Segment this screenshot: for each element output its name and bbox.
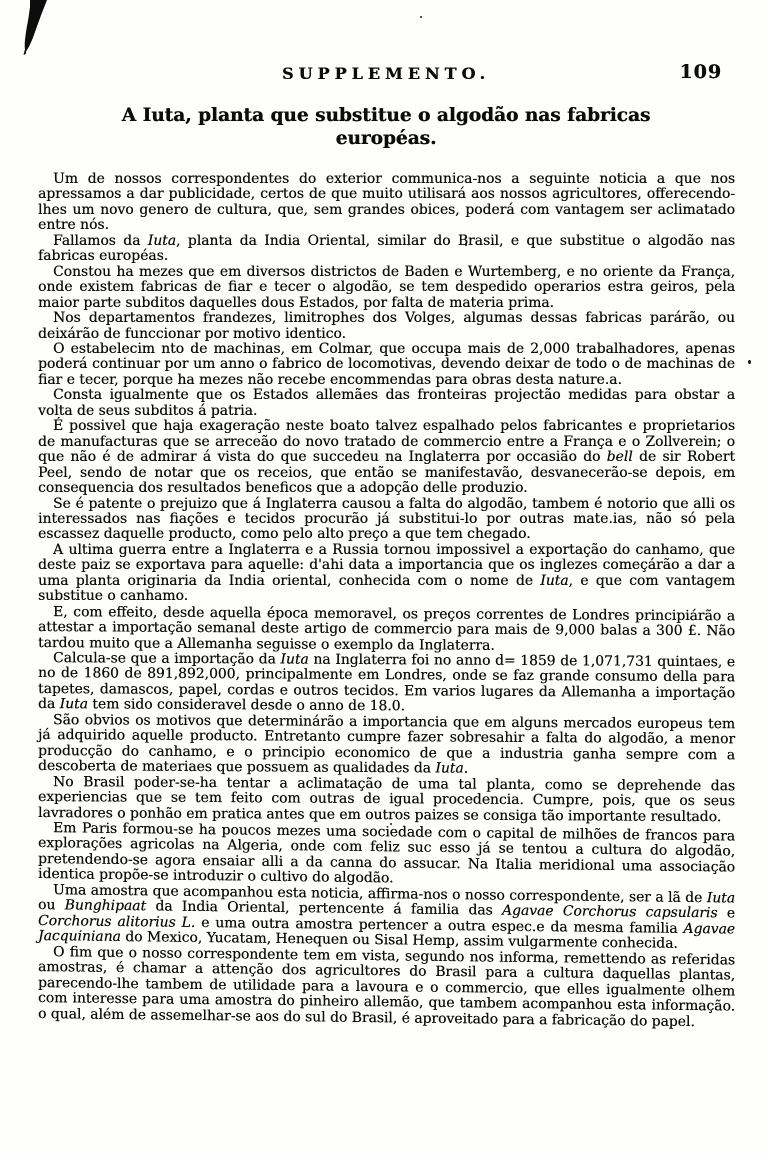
paragraph: É possivel que haja exageração neste boa… (38, 419, 735, 496)
paragraph: E, com effeito, desde aquella época memo… (38, 605, 735, 656)
paragraph-text: Em Paris formou-se ha poucos mezes uma s… (38, 820, 735, 887)
italic-term: bell (607, 449, 633, 465)
paragraph-text: No Brasil poder-se-ha tentar a aclimataç… (38, 774, 735, 825)
paragraph-text: Um de nossos correspondentes do exterior… (38, 171, 735, 233)
page-number: 109 (679, 61, 722, 83)
paragraph: No Brasil poder-se-ha tentar a aclimataç… (38, 775, 735, 826)
italic-term: Iuta (280, 652, 308, 668)
article-title-line2: européas. (38, 127, 734, 150)
paragraph-text: ou (38, 897, 65, 913)
paragraph-text: Se é patente o prejuizo que á Inglaterra… (38, 496, 735, 543)
ink-blot (14, 0, 54, 56)
paragraph-text: Constou ha mezes que em diversos distric… (38, 264, 735, 311)
paragraph-text: Consta igualmente que os Estados allemãe… (38, 387, 735, 418)
italic-term: Iuta (707, 890, 735, 906)
paragraph-text: São obvios os motivos que determinárão a… (38, 712, 735, 777)
italic-term: Iuta (148, 233, 176, 249)
paragraph: A ultima guerra entre a Inglaterra e a R… (38, 543, 735, 605)
paragraph: Calcula-se que a importação da Iuta na I… (38, 651, 735, 717)
paragraph: Consta igualmente que os Estados allemãe… (38, 388, 735, 419)
paragraph: Em Paris formou-se ha poucos mezes uma s… (38, 821, 735, 891)
paragraph-text: e (717, 906, 735, 922)
running-header: SUPPLEMENTO. 109 (38, 64, 734, 88)
paragraph-text: Nos departamentos frandezes, limitrophes… (38, 310, 735, 341)
paragraph: São obvios os motivos que determinárão a… (38, 713, 735, 779)
italic-term: Iuta (540, 573, 568, 589)
paragraph: O estabelecim nto de machinas, em Colmar… (38, 342, 735, 388)
scan-speck (420, 16, 422, 18)
paragraph: Um de nossos correspondentes do exterior… (38, 172, 735, 234)
paragraph: Se é patente o prejuizo que á Inglaterra… (38, 497, 735, 543)
paragraph-text: O fim que o nosso correspondente tem em … (38, 944, 735, 1030)
scan-speck (748, 360, 751, 364)
paragraph-text: O estabelecim nto de machinas, em Colmar… (38, 341, 735, 388)
article-title: A Iuta, planta que substitue o algodão n… (38, 104, 734, 150)
italic-term: Bunghipaat (65, 898, 146, 915)
paragraph: Constou ha mezes que em diversos distric… (38, 265, 735, 311)
document-page: SUPPLEMENTO. 109 A Iuta, planta que subs… (0, 0, 768, 1157)
paragraph: Fallamos da Iuta, planta da India Orient… (38, 234, 735, 265)
paragraph: O fim que o nosso correspondente tem em … (38, 945, 735, 1031)
paragraph-text: Fallamos da (53, 233, 148, 249)
article-title-line1: A Iuta, planta que substitue o algodão n… (38, 104, 734, 127)
article-body: Um de nossos correspondentes do exterior… (38, 172, 735, 1022)
paragraph-text: . (464, 761, 468, 777)
paragraph: Uma amostra que acompanhou esta noticia,… (38, 883, 735, 953)
italic-term: Iuta (435, 761, 463, 777)
header-title: SUPPLEMENTO. (38, 64, 734, 83)
italic-term: Iuta (60, 697, 88, 713)
paragraph: Nos departamentos frandezes, limitrophes… (38, 311, 735, 342)
paragraph-text: E, com effeito, desde aquella época memo… (38, 604, 735, 654)
